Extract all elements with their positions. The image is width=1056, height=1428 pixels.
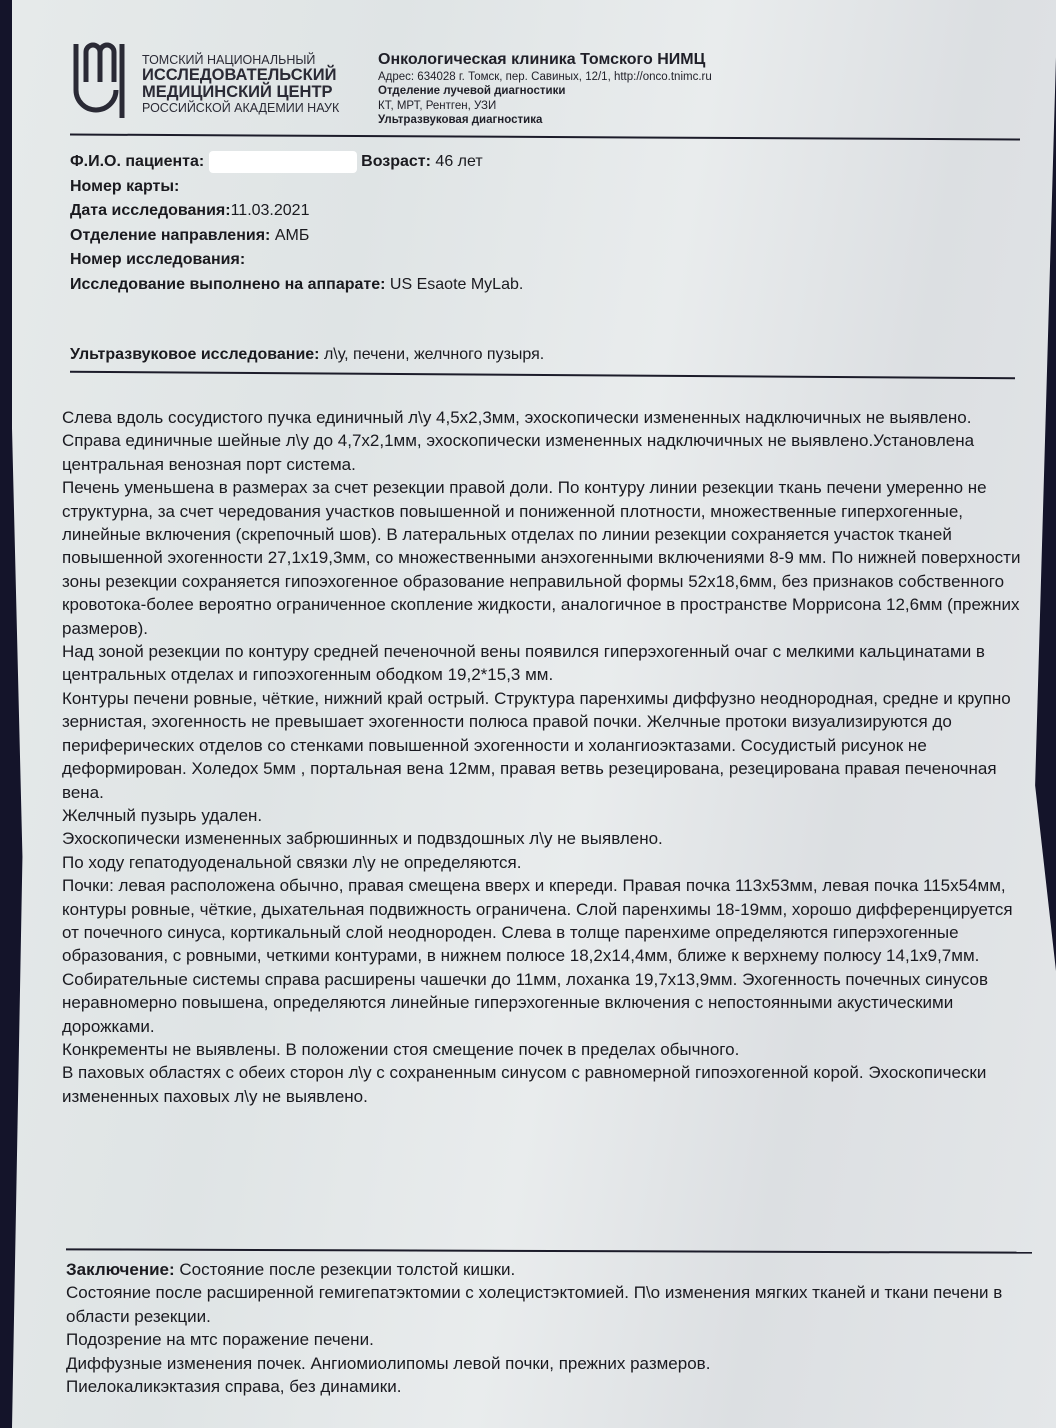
conclusion-first-line: Заключение: Состояние после резекции тол… <box>66 1258 1026 1281</box>
patient-name-label: Ф.И.О. пациента: <box>70 153 204 170</box>
age-value: 46 лет <box>435 153 482 170</box>
study-number-label: Номер исследования: <box>70 251 245 268</box>
exam-value: л\у, печени, желчного пузыря. <box>324 346 544 363</box>
clinic-title: Онкологическая клиника Томского НИМЦ <box>378 50 712 70</box>
clinic-address: Адрес: 634028 г. Томск, пер. Савиных, 12… <box>378 70 712 84</box>
clinic-info: Онкологическая клиника Томского НИМЦ Адр… <box>378 50 712 128</box>
finding-paragraph: Печень уменьшена в размерах за счет резе… <box>62 476 1032 640</box>
conclusion-line: Состояние после расширенной гемигепатэкт… <box>66 1281 1026 1328</box>
finding-paragraph: Справа единичные шейные л\у до 4,7х2,1мм… <box>62 429 1032 476</box>
findings: Слева вдоль сосудистого пучка единичный … <box>62 406 1032 1108</box>
finding-paragraph: По ходу гепатодуоденальной связки л\у не… <box>62 851 1032 874</box>
institution-logo-icon <box>70 38 130 122</box>
conclusion-text: Состояние после резекции толстой кишки. <box>179 1260 515 1279</box>
clinic-service: Ультразвуковая диагностика <box>378 113 712 127</box>
finding-paragraph: Контуры печени ровные, чёткие, нижний кр… <box>62 687 1032 804</box>
patient-name-row: Ф.И.О. пациента: Возраст: 46 лет <box>70 150 523 175</box>
finding-paragraph: Эхоскопически измененных забрюшинных и п… <box>62 827 1032 850</box>
finding-paragraph: Конкременты не выявлены. В положении сто… <box>62 1038 1032 1061</box>
institution-line2: ИССЛЕДОВАТЕЛЬСКИЙ <box>142 67 339 84</box>
device-value: US Esaote MyLab. <box>390 276 523 293</box>
patient-fields: Ф.И.О. пациента: Возраст: 46 лет Номер к… <box>70 150 523 297</box>
clinic-modalities: КТ, МРТ, Рентген, УЗИ <box>378 99 712 113</box>
age-label: Возраст: <box>361 153 431 170</box>
dept-label: Отделение направления: <box>70 227 270 244</box>
conclusion-label: Заключение: <box>66 1260 175 1279</box>
finding-paragraph: Слева вдоль сосудистого пучка единичный … <box>62 406 1032 429</box>
conclusion: Заключение: Состояние после резекции тол… <box>66 1258 1026 1398</box>
finding-paragraph: Почки: левая расположена обычно, правая … <box>62 874 1032 1038</box>
finding-paragraph: В паховых областях с обеих сторон л\у с … <box>62 1061 1032 1108</box>
date-label: Дата исследования: <box>70 202 231 219</box>
institution-line4: РОССИЙСКОЙ АКАДЕМИИ НАУК <box>142 102 339 115</box>
conclusion-line: Пиелокаликэктазия справа, без динамики. <box>66 1375 1026 1398</box>
dept-value: АМБ <box>275 227 310 244</box>
finding-paragraph: Над зоной резекции по контуру средней пе… <box>62 640 1032 687</box>
institution-line3: МЕДИЦИНСКИЙ ЦЕНТР <box>142 84 339 101</box>
redacted-name <box>209 151 357 173</box>
finding-paragraph: Желчный пузырь удален. <box>62 804 1032 827</box>
device-label: Исследование выполнено на аппарате: <box>70 276 385 293</box>
exam-label: Ультразвуковое исследование: <box>70 346 320 363</box>
institution-name: ТОМСКИЙ НАЦИОНАЛЬНЫЙ ИССЛЕДОВАТЕЛЬСКИЙ М… <box>142 54 339 115</box>
conclusion-line: Диффузные изменения почек. Ангиомиолипом… <box>66 1352 1026 1375</box>
exam-type: Ультразвуковое исследование: л\у, печени… <box>70 346 544 364</box>
conclusion-line: Подозрение на мтс поражение печени. <box>66 1328 1026 1351</box>
date-value: 11.03.2021 <box>231 202 310 219</box>
card-label: Номер карты: <box>70 178 179 195</box>
clinic-department: Отделение лучевой диагностики <box>378 84 712 98</box>
